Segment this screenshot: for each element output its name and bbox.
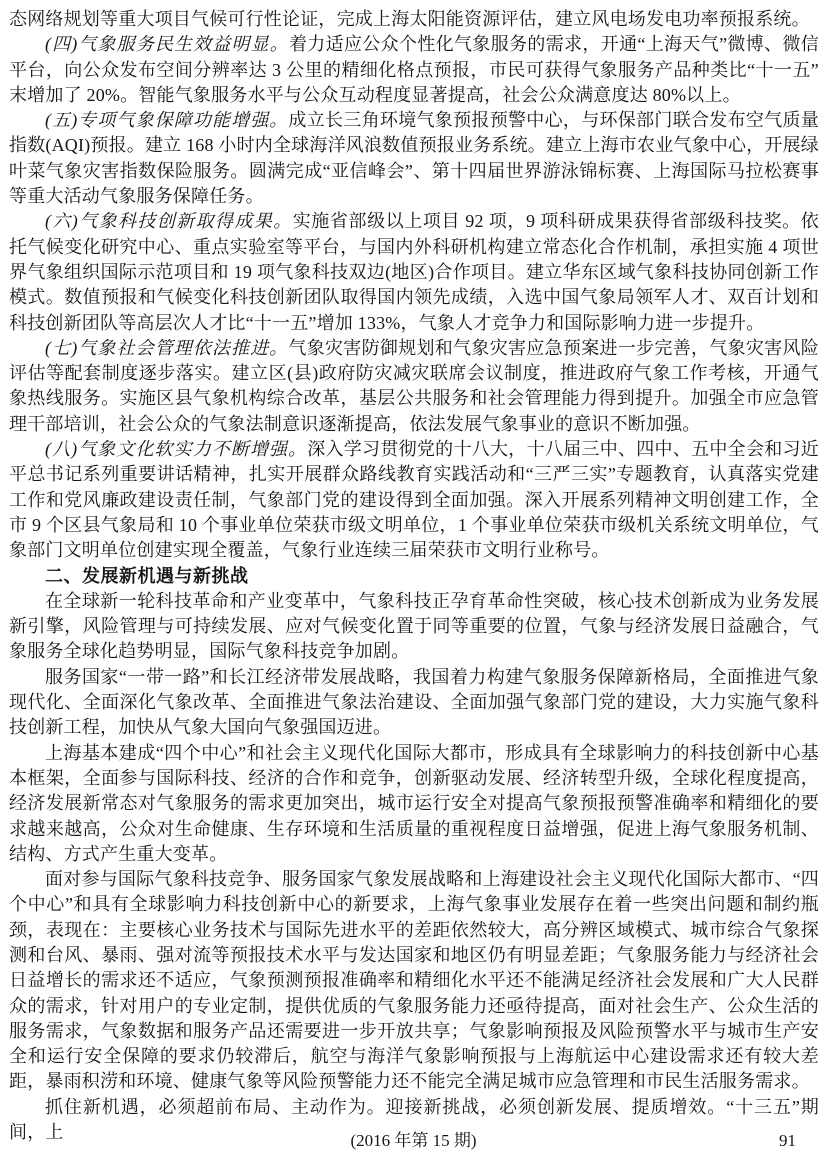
achievement-item-8-lead: (八)气象文化软实力不断增强。 <box>45 439 307 459</box>
continued-paragraph: 态网络规划等重大项目气候可行性论证，完成上海太阳能资源评估，建立风电场发电功率预… <box>9 7 819 32</box>
achievement-item-6-lead: (六)气象科技创新取得成果。 <box>45 211 293 231</box>
section-paragraph-4: 面对参与国际气象科技竞争、服务国家气象发展战略和上海建设社会主义现代化国际大都市… <box>9 867 819 1095</box>
document-page: { "document": { "continued_paragraph": "… <box>0 0 827 1170</box>
achievement-item-4: (四)气象服务民生效益明显。着力适应公众个性化气象服务的需求，开通“上海天气”微… <box>9 32 819 108</box>
section-paragraph-1: 在全球新一轮科技革命和产业变革中，气象科技正孕育革命性突破，核心技术创新成为业务… <box>9 589 819 665</box>
page-footer: (2016 年第 15 期) 91 <box>0 1128 827 1154</box>
page-body: 态网络规划等重大项目气候可行性论证，完成上海太阳能资源评估，建立风电场发电功率预… <box>0 0 827 1145</box>
achievement-item-4-lead: (四)气象服务民生效益明显。 <box>45 34 289 54</box>
achievement-item-8: (八)气象文化软实力不断增强。深入学习贯彻党的十八大，十八届三中、四中、五中全会… <box>9 437 819 563</box>
journal-issue-label: (2016 年第 15 期) <box>0 1128 827 1154</box>
achievement-item-7: (七)气象社会管理依法推进。气象灾害防御规划和气象灾害应急预案进一步完善，气象灾… <box>9 336 819 437</box>
achievement-item-5-lead: (五)专项气象保障功能增强。 <box>45 110 288 130</box>
achievement-item-7-lead: (七)气象社会管理依法推进。 <box>45 338 288 358</box>
section-paragraph-2: 服务国家“一带一路”和长江经济带发展战略，我国着力构建气象服务保障新格局，全面推… <box>9 665 819 741</box>
page-number: 91 <box>779 1128 796 1154</box>
achievement-item-6: (六)气象科技创新取得成果。实施省部级以上项目 92 项，9 项科研成果获得省部… <box>9 209 819 335</box>
section-heading: 二、发展新机遇与新挑战 <box>9 564 819 589</box>
section-paragraph-3: 上海基本建成“四个中心”和社会主义现代化国际大都市，形成具有全球影响力的科技创新… <box>9 741 819 867</box>
achievement-item-5: (五)专项气象保障功能增强。成立长三角环境气象预报预警中心，与环保部门联合发布空… <box>9 108 819 209</box>
